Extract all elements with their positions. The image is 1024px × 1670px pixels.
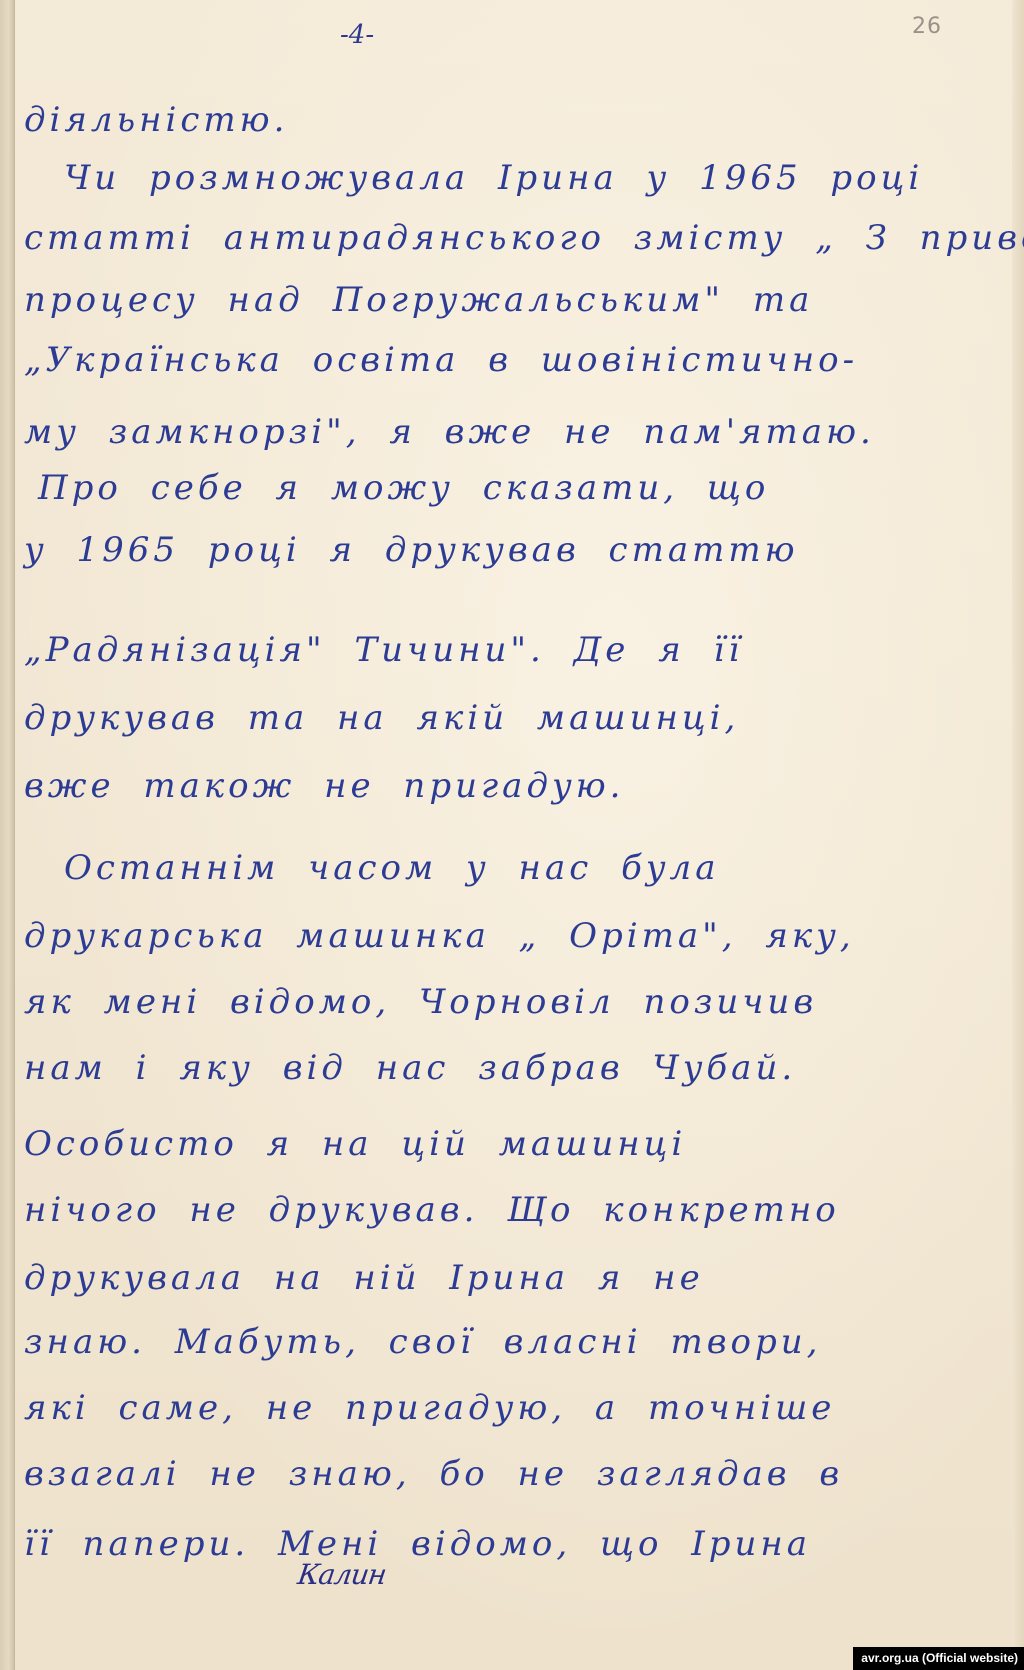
- text-line: Чи розмножувала Ірина у 1965 році: [64, 158, 1004, 198]
- text-line: знаю. Мабуть, свої власні твори,: [24, 1322, 1004, 1362]
- text-line: друкарська машинка „ Оріта", яку,: [24, 916, 1004, 956]
- text-line: нам і яку від нас забрав Чубай.: [24, 1048, 1004, 1088]
- text-line: її папери. Мені відомо, що Ірина: [24, 1524, 1004, 1564]
- text-line: процесу над Погружальським" та: [24, 280, 1004, 320]
- signature: Калин: [296, 1558, 388, 1591]
- text-line: Про себе я можу сказати, що: [38, 468, 1004, 508]
- text-line: взагалі не знаю, бо не заглядав в: [24, 1454, 1004, 1494]
- page-binding-edge: [0, 0, 15, 1670]
- text-line: діяльністю.: [24, 100, 1004, 140]
- text-line: статті антирадянського змісту „ З привод…: [24, 218, 1004, 258]
- document-page: -4- 26 діяльністю. Чи розмножувала Ірина…: [0, 0, 1024, 1670]
- text-line: які саме, не пригадую, а точніше: [24, 1388, 1004, 1428]
- text-line: „Українська освіта в шовіністично-: [24, 340, 1004, 380]
- text-line: Особисто я на цій машинці: [24, 1124, 1004, 1164]
- text-line: як мені відомо, Чорновіл позичив: [24, 982, 1004, 1022]
- text-line: у 1965 році я друкував статтю: [24, 530, 1004, 570]
- text-line: нічого не друкував. Що конкретно: [24, 1190, 1004, 1230]
- text-line: Останнім часом у нас була: [64, 848, 1004, 888]
- archive-folio-number: 26: [912, 14, 942, 39]
- text-line: му замкнорзі", я вже не пам'ятаю.: [24, 412, 1004, 452]
- text-line: вже також не пригадую.: [24, 766, 1004, 806]
- source-watermark: avr.org.ua (Official website): [853, 1647, 1024, 1670]
- page-number: -4-: [340, 20, 374, 50]
- text-line: „Радянізація" Тичини". Де я її: [24, 630, 1004, 670]
- text-line: друкувала на ній Ірина я не: [24, 1258, 1004, 1298]
- text-line: друкував та на якій машинці,: [24, 698, 1004, 738]
